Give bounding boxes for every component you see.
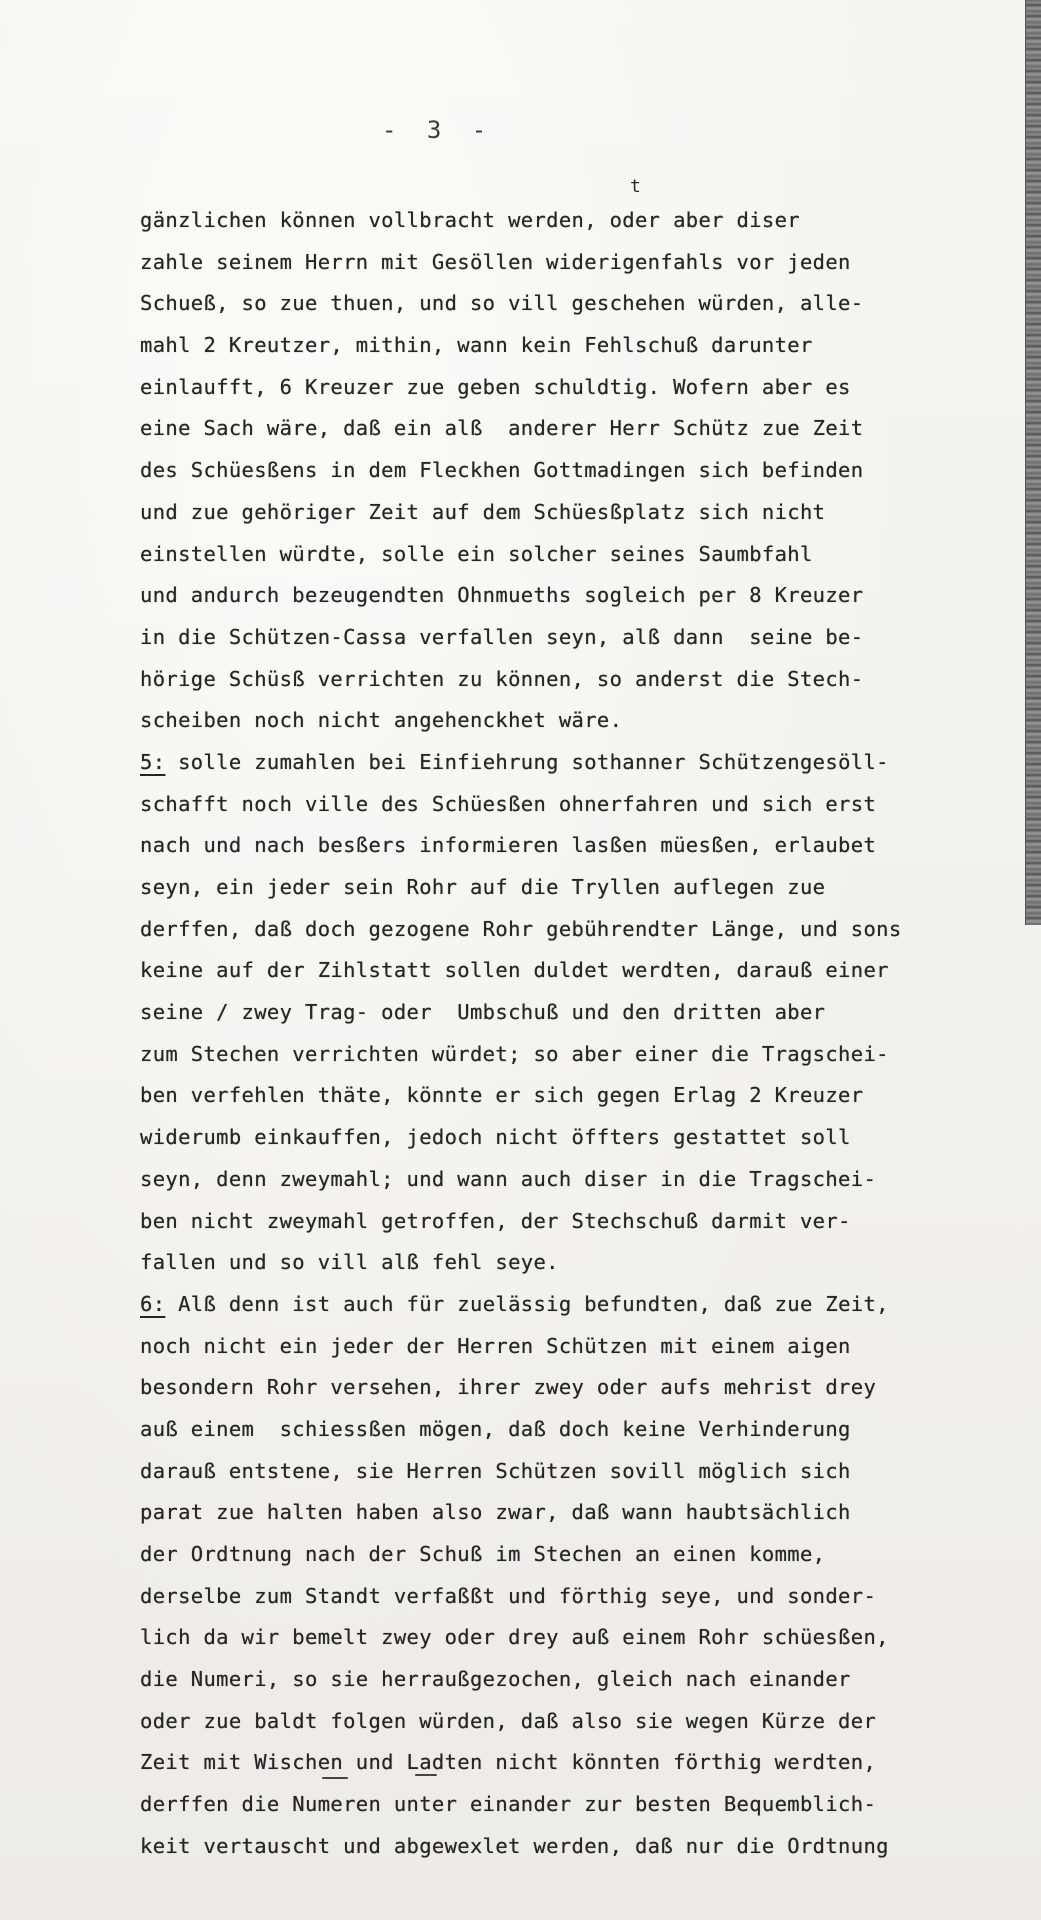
line-text: fallen und so vill alß fehl seye. xyxy=(140,1250,559,1274)
line-text: des Schüesßens in dem Fleckhen Gottmadin… xyxy=(140,458,863,482)
line-text: oder zue baldt folgen würden, daß also s… xyxy=(140,1709,876,1733)
line-text: und andurch bezeugendten Ohnmueths sogle… xyxy=(140,583,863,607)
text-line: und andurch bezeugendten Ohnmueths sogle… xyxy=(140,583,1040,625)
line-text: keine auf der Zihlstatt sollen duldet we… xyxy=(140,958,889,982)
line-text: derffen, daß doch gezogene Rohr gebühren… xyxy=(140,917,902,941)
line-text: nach und nach besßers informieren lasßen… xyxy=(140,833,876,857)
line-text: und zue gehöriger Zeit auf dem Schüesßpl… xyxy=(140,500,825,524)
text-line: einlaufft, 6 Kreuzer zue geben schuldtig… xyxy=(140,375,1040,417)
text-line: zahle seinem Herrn mit Gesöllen widerige… xyxy=(140,250,1040,292)
line-text: noch nicht ein jeder der Herren Schützen… xyxy=(140,1334,851,1358)
line-text: ben verfehlen thäte, könnte er sich gege… xyxy=(140,1083,863,1107)
body-text: gänzlichen können vollbracht werden, ode… xyxy=(140,208,1040,1876)
line-text: derselbe zum Standt verfaßßt und förthig… xyxy=(140,1584,876,1608)
text-line: parat zue halten haben also zwar, daß wa… xyxy=(140,1500,1040,1542)
pen-underline-ladten xyxy=(415,1774,437,1776)
scanned-page: - 3 - t gänzlichen können vollbracht wer… xyxy=(0,0,1041,1920)
line-text: Schueß, so zue thuen, und so vill gesche… xyxy=(140,291,863,315)
line-text: in die Schützen-Cassa verfallen seyn, al… xyxy=(140,625,863,649)
text-line: auß einem schiessßen mögen, daß doch kei… xyxy=(140,1417,1040,1459)
text-line: ben nicht zweymahl getroffen, der Stechs… xyxy=(140,1209,1040,1251)
line-text: zahle seinem Herrn mit Gesöllen widerige… xyxy=(140,250,851,274)
text-line: noch nicht ein jeder der Herren Schützen… xyxy=(140,1334,1040,1376)
text-line: seyn, ein jeder sein Rohr auf die Trylle… xyxy=(140,875,1040,917)
text-line: nach und nach besßers informieren lasßen… xyxy=(140,833,1040,875)
line-text: parat zue halten haben also zwar, daß wa… xyxy=(140,1500,851,1524)
line-text: einstellen würdte, solle ein solcher sei… xyxy=(140,542,813,566)
text-line: gänzlichen können vollbracht werden, ode… xyxy=(140,208,1040,250)
page-number: - 3 - xyxy=(382,116,494,144)
line-text: schafft noch ville des Schüesßen ohnerfa… xyxy=(140,792,876,816)
text-line: seyn, denn zweymahl; und wann auch diser… xyxy=(140,1167,1040,1209)
line-text: mahl 2 Kreutzer, mithin, wann kein Fehls… xyxy=(140,333,813,357)
line-text: seyn, denn zweymahl; und wann auch diser… xyxy=(140,1167,876,1191)
text-line: besondern Rohr versehen, ihrer zwey oder… xyxy=(140,1375,1040,1417)
text-line: hörige Schüsß verrichten zu können, so a… xyxy=(140,667,1040,709)
text-line: lich da wir bemelt zwey oder drey auß ei… xyxy=(140,1625,1040,1667)
text-line: widerumb einkauffen, jedoch nicht öffter… xyxy=(140,1125,1040,1167)
text-line: der Ordtnung nach der Schuß im Stechen a… xyxy=(140,1542,1040,1584)
text-line: Schueß, so zue thuen, und so vill gesche… xyxy=(140,291,1040,333)
text-line: derselbe zum Standt verfaßßt und förthig… xyxy=(140,1584,1040,1626)
text-line: Zeit mit Wischen und Ladten nicht könnte… xyxy=(140,1750,1040,1792)
section-line: 6: Alß denn ist auch für zuelässig befun… xyxy=(140,1292,1040,1334)
text-line: einstellen würdte, solle ein solcher sei… xyxy=(140,542,1040,584)
line-text: widerumb einkauffen, jedoch nicht öffter… xyxy=(140,1125,851,1149)
text-line: fallen und so vill alß fehl seye. xyxy=(140,1250,1040,1292)
text-line: keit vertauscht und abgewexlet werden, d… xyxy=(140,1834,1040,1876)
text-line: mahl 2 Kreutzer, mithin, wann kein Fehls… xyxy=(140,333,1040,375)
text-line: darauß entstene, sie Herren Schützen sov… xyxy=(140,1459,1040,1501)
line-text: lich da wir bemelt zwey oder drey auß ei… xyxy=(140,1625,889,1649)
line-text: keit vertauscht und abgewexlet werden, d… xyxy=(140,1834,889,1858)
line-text: die Numeri, so sie herraußgezochen, glei… xyxy=(140,1667,851,1691)
text-line: eine Sach wäre, daß ein alß anderer Herr… xyxy=(140,416,1040,458)
line-text: hörige Schüsß verrichten zu können, so a… xyxy=(140,667,863,691)
line-text: ben nicht zweymahl getroffen, der Stechs… xyxy=(140,1209,851,1233)
text-line: die Numeri, so sie herraußgezochen, glei… xyxy=(140,1667,1040,1709)
text-line: zum Stechen verrichten würdet; so aber e… xyxy=(140,1042,1040,1084)
line-text: auß einem schiessßen mögen, daß doch kei… xyxy=(140,1417,851,1441)
handwritten-correction: t xyxy=(630,176,641,197)
line-text: seyn, ein jeder sein Rohr auf die Trylle… xyxy=(140,875,825,899)
line-text: gänzlichen können vollbracht werden, ode… xyxy=(140,208,800,232)
line-text: seine / zwey Trag- oder Umbschuß und den… xyxy=(140,1000,825,1024)
text-line: scheiben noch nicht angehenckhet wäre. xyxy=(140,708,1040,750)
line-text: besondern Rohr versehen, ihrer zwey oder… xyxy=(140,1375,876,1399)
text-line: schafft noch ville des Schüesßen ohnerfa… xyxy=(140,792,1040,834)
line-text: Zeit mit Wischen und Ladten nicht könnte… xyxy=(140,1750,876,1774)
line-text: Alß denn ist auch für zuelässig befundte… xyxy=(165,1292,888,1316)
text-line: derffen, daß doch gezogene Rohr gebühren… xyxy=(140,917,1040,959)
text-line: in die Schützen-Cassa verfallen seyn, al… xyxy=(140,625,1040,667)
line-text: der Ordtnung nach der Schuß im Stechen a… xyxy=(140,1542,825,1566)
text-line: ben verfehlen thäte, könnte er sich gege… xyxy=(140,1083,1040,1125)
line-text: darauß entstene, sie Herren Schützen sov… xyxy=(140,1459,851,1483)
text-line: derffen die Numeren unter einander zur b… xyxy=(140,1792,1040,1834)
line-text: derffen die Numeren unter einander zur b… xyxy=(140,1792,876,1816)
line-text: scheiben noch nicht angehenckhet wäre. xyxy=(140,708,622,732)
line-text: solle zumahlen bei Einfiehrung sothanner… xyxy=(165,750,888,774)
line-text: einlaufft, 6 Kreuzer zue geben schuldtig… xyxy=(140,375,851,399)
text-line: keine auf der Zihlstatt sollen duldet we… xyxy=(140,958,1040,1000)
pen-underline-wischen xyxy=(322,1777,348,1779)
section-line: 5: solle zumahlen bei Einfiehrung sothan… xyxy=(140,750,1040,792)
line-text: zum Stechen verrichten würdet; so aber e… xyxy=(140,1042,889,1066)
text-line: des Schüesßens in dem Fleckhen Gottmadin… xyxy=(140,458,1040,500)
section-number: 6: xyxy=(140,1292,165,1316)
text-line: oder zue baldt folgen würden, daß also s… xyxy=(140,1709,1040,1751)
section-number: 5: xyxy=(140,750,165,774)
line-text: eine Sach wäre, daß ein alß anderer Herr… xyxy=(140,416,863,440)
text-line: und zue gehöriger Zeit auf dem Schüesßpl… xyxy=(140,500,1040,542)
text-line: seine / zwey Trag- oder Umbschuß und den… xyxy=(140,1000,1040,1042)
